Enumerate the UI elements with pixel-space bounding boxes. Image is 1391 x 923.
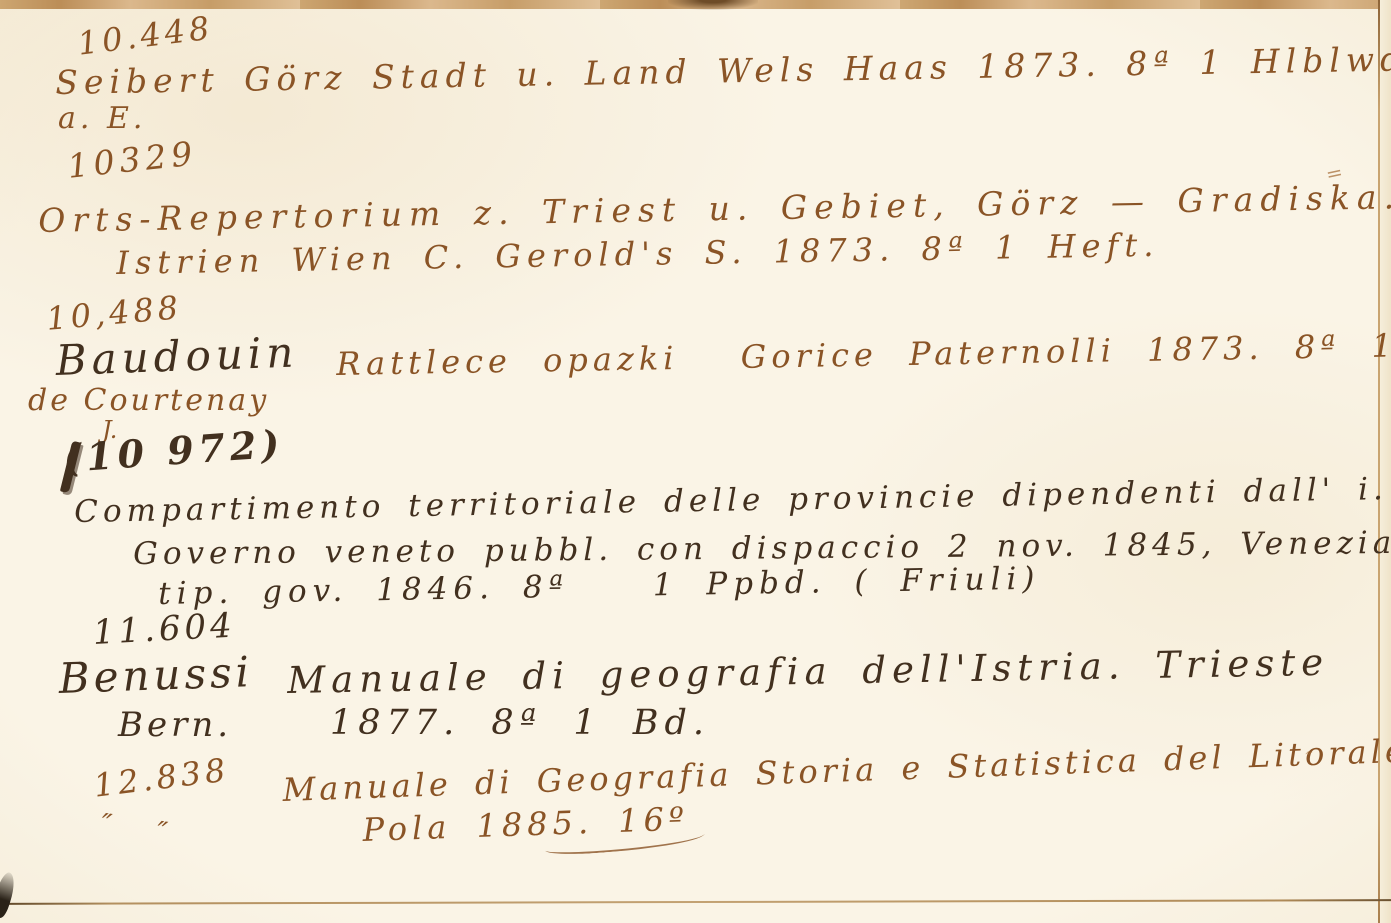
entry4-number: (10 972) <box>62 425 286 478</box>
entry5-author-line2: Bern. <box>118 708 232 742</box>
page-edge-right-paper <box>1380 0 1391 923</box>
entry1-note: a. E. <box>58 104 146 134</box>
page-edge-stain <box>668 0 758 10</box>
catalog-page: 10.448 Seibert Görz Stadt u. Land Wels H… <box>0 0 1391 923</box>
entry3-author-line1: Baudouin <box>55 332 299 382</box>
entry2-number: 10329 <box>66 136 199 182</box>
entry3-number: 10,488 <box>45 291 183 335</box>
entry2-title-line1: Orts-Repertorium z. Triest u. Gebiet, Gö… <box>38 179 1391 237</box>
entry5-number: 11.604 <box>92 609 237 650</box>
entry2-title-line2: Istrien Wien C. Gerold's S. 1873. 8ª 1 H… <box>116 229 1160 279</box>
entry5-author-line1: Benussi <box>58 651 254 700</box>
right-margin-mark-top: = <box>1324 162 1345 185</box>
entry6-title-line1: Manuale di Geografia Storia e Statistica… <box>282 735 1391 806</box>
entry4-title-line2: Governo veneto pubbl. con dispaccio 2 no… <box>133 528 1391 570</box>
entry1-title-line: Seibert Görz Stadt u. Land Wels Haas 187… <box>55 41 1391 99</box>
entry5-title-line: Manuale di geografia dell'Istria. Triest… <box>287 644 1329 699</box>
entry4-title-line1: Compartimento territoriale delle provinc… <box>74 473 1391 528</box>
entry6-number: 12.838 <box>92 753 231 801</box>
entry5-imprint: 1877. 8ª 1 Bd. <box>330 706 710 741</box>
entry1-number: 10.448 <box>76 11 215 59</box>
page-edge-bottom <box>0 899 1391 905</box>
entry6-ditto-marks: ″ ″ <box>99 810 171 847</box>
entry3-author-line2: de Courtenay <box>28 386 269 416</box>
entry3-title-line: Rattlece opazki Gorice Paternolli 1873. … <box>336 327 1391 380</box>
page-edge-right-line <box>1378 0 1380 923</box>
bottom-left-ink-mark <box>0 871 19 920</box>
